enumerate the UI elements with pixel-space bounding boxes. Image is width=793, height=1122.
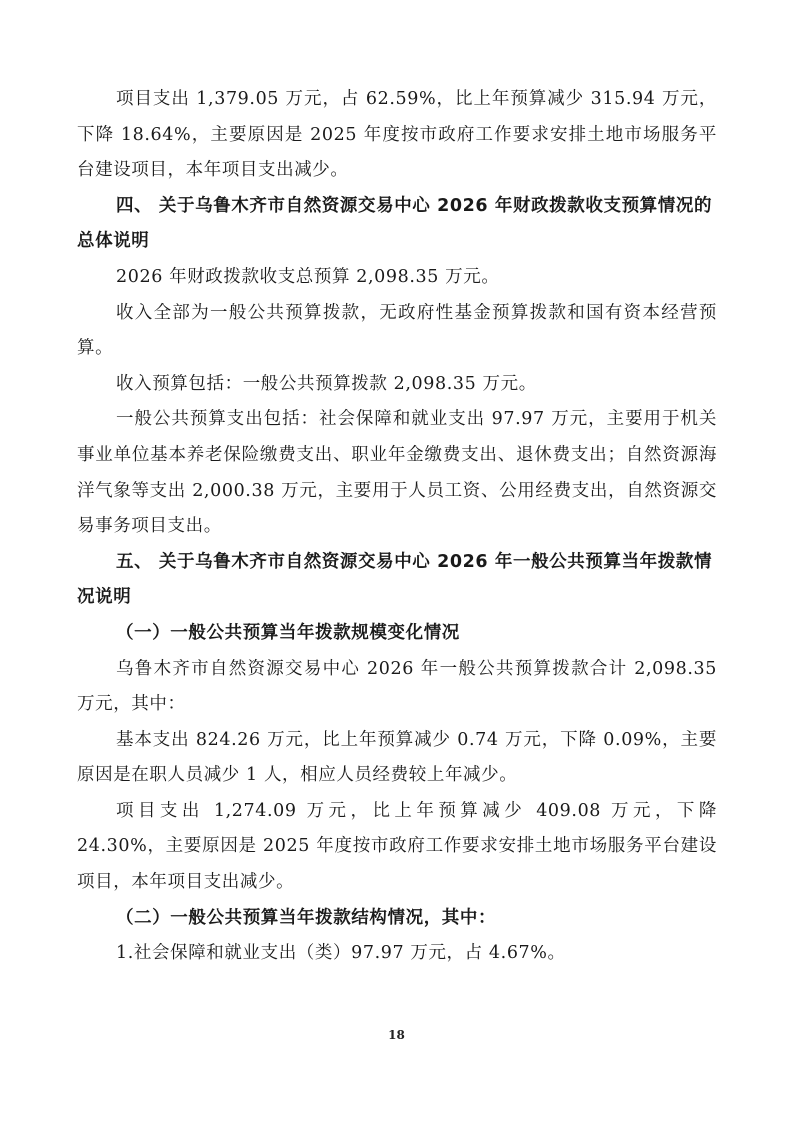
section-heading-4: 四、 关于乌鲁木齐市自然资源交易中心 2026 年财政拨款收支预算情况的总体说明 [77, 189, 717, 260]
paragraph-project-expense-prior: 项目支出 1,379.05 万元，占 62.59%，比上年预算减少 315.94… [77, 82, 717, 189]
paragraph-basic-expense: 基本支出 824.26 万元，比上年预算减少 0.74 万元，下降 0.09%，… [77, 723, 717, 794]
paragraph-total-budget: 2026 年财政拨款收支总预算 2,098.35 万元。 [77, 260, 717, 296]
paragraph-income-budget: 收入预算包括：一般公共预算拨款 2,098.35 万元。 [77, 367, 717, 403]
page-number: 18 [0, 1028, 793, 1042]
subheading-scale-change: （一）一般公共预算当年拨款规模变化情况 [77, 616, 717, 652]
paragraph-income-source: 收入全部为一般公共预算拨款，无政府性基金预算拨款和国有资本经营预算。 [77, 296, 717, 367]
document-page: 项目支出 1,379.05 万元，占 62.59%，比上年预算减少 315.94… [77, 82, 717, 972]
paragraph-allocation-total: 乌鲁木齐市自然资源交易中心 2026 年一般公共预算拨款合计 2,098.35 … [77, 652, 717, 723]
paragraph-project-expense: 项目支出 1,274.09 万元，比上年预算减少 409.08 万元，下降 24… [77, 794, 717, 901]
section-heading-5: 五、 关于乌鲁木齐市自然资源交易中心 2026 年一般公共预算当年拨款情况说明 [77, 545, 717, 616]
paragraph-public-expense: 一般公共预算支出包括：社会保障和就业支出 97.97 万元，主要用于机关事业单位… [77, 402, 717, 544]
paragraph-social-security: 1.社会保障和就业支出（类）97.97 万元，占 4.67%。 [77, 936, 717, 972]
subheading-structure: （二）一般公共预算当年拨款结构情况，其中： [77, 901, 717, 937]
